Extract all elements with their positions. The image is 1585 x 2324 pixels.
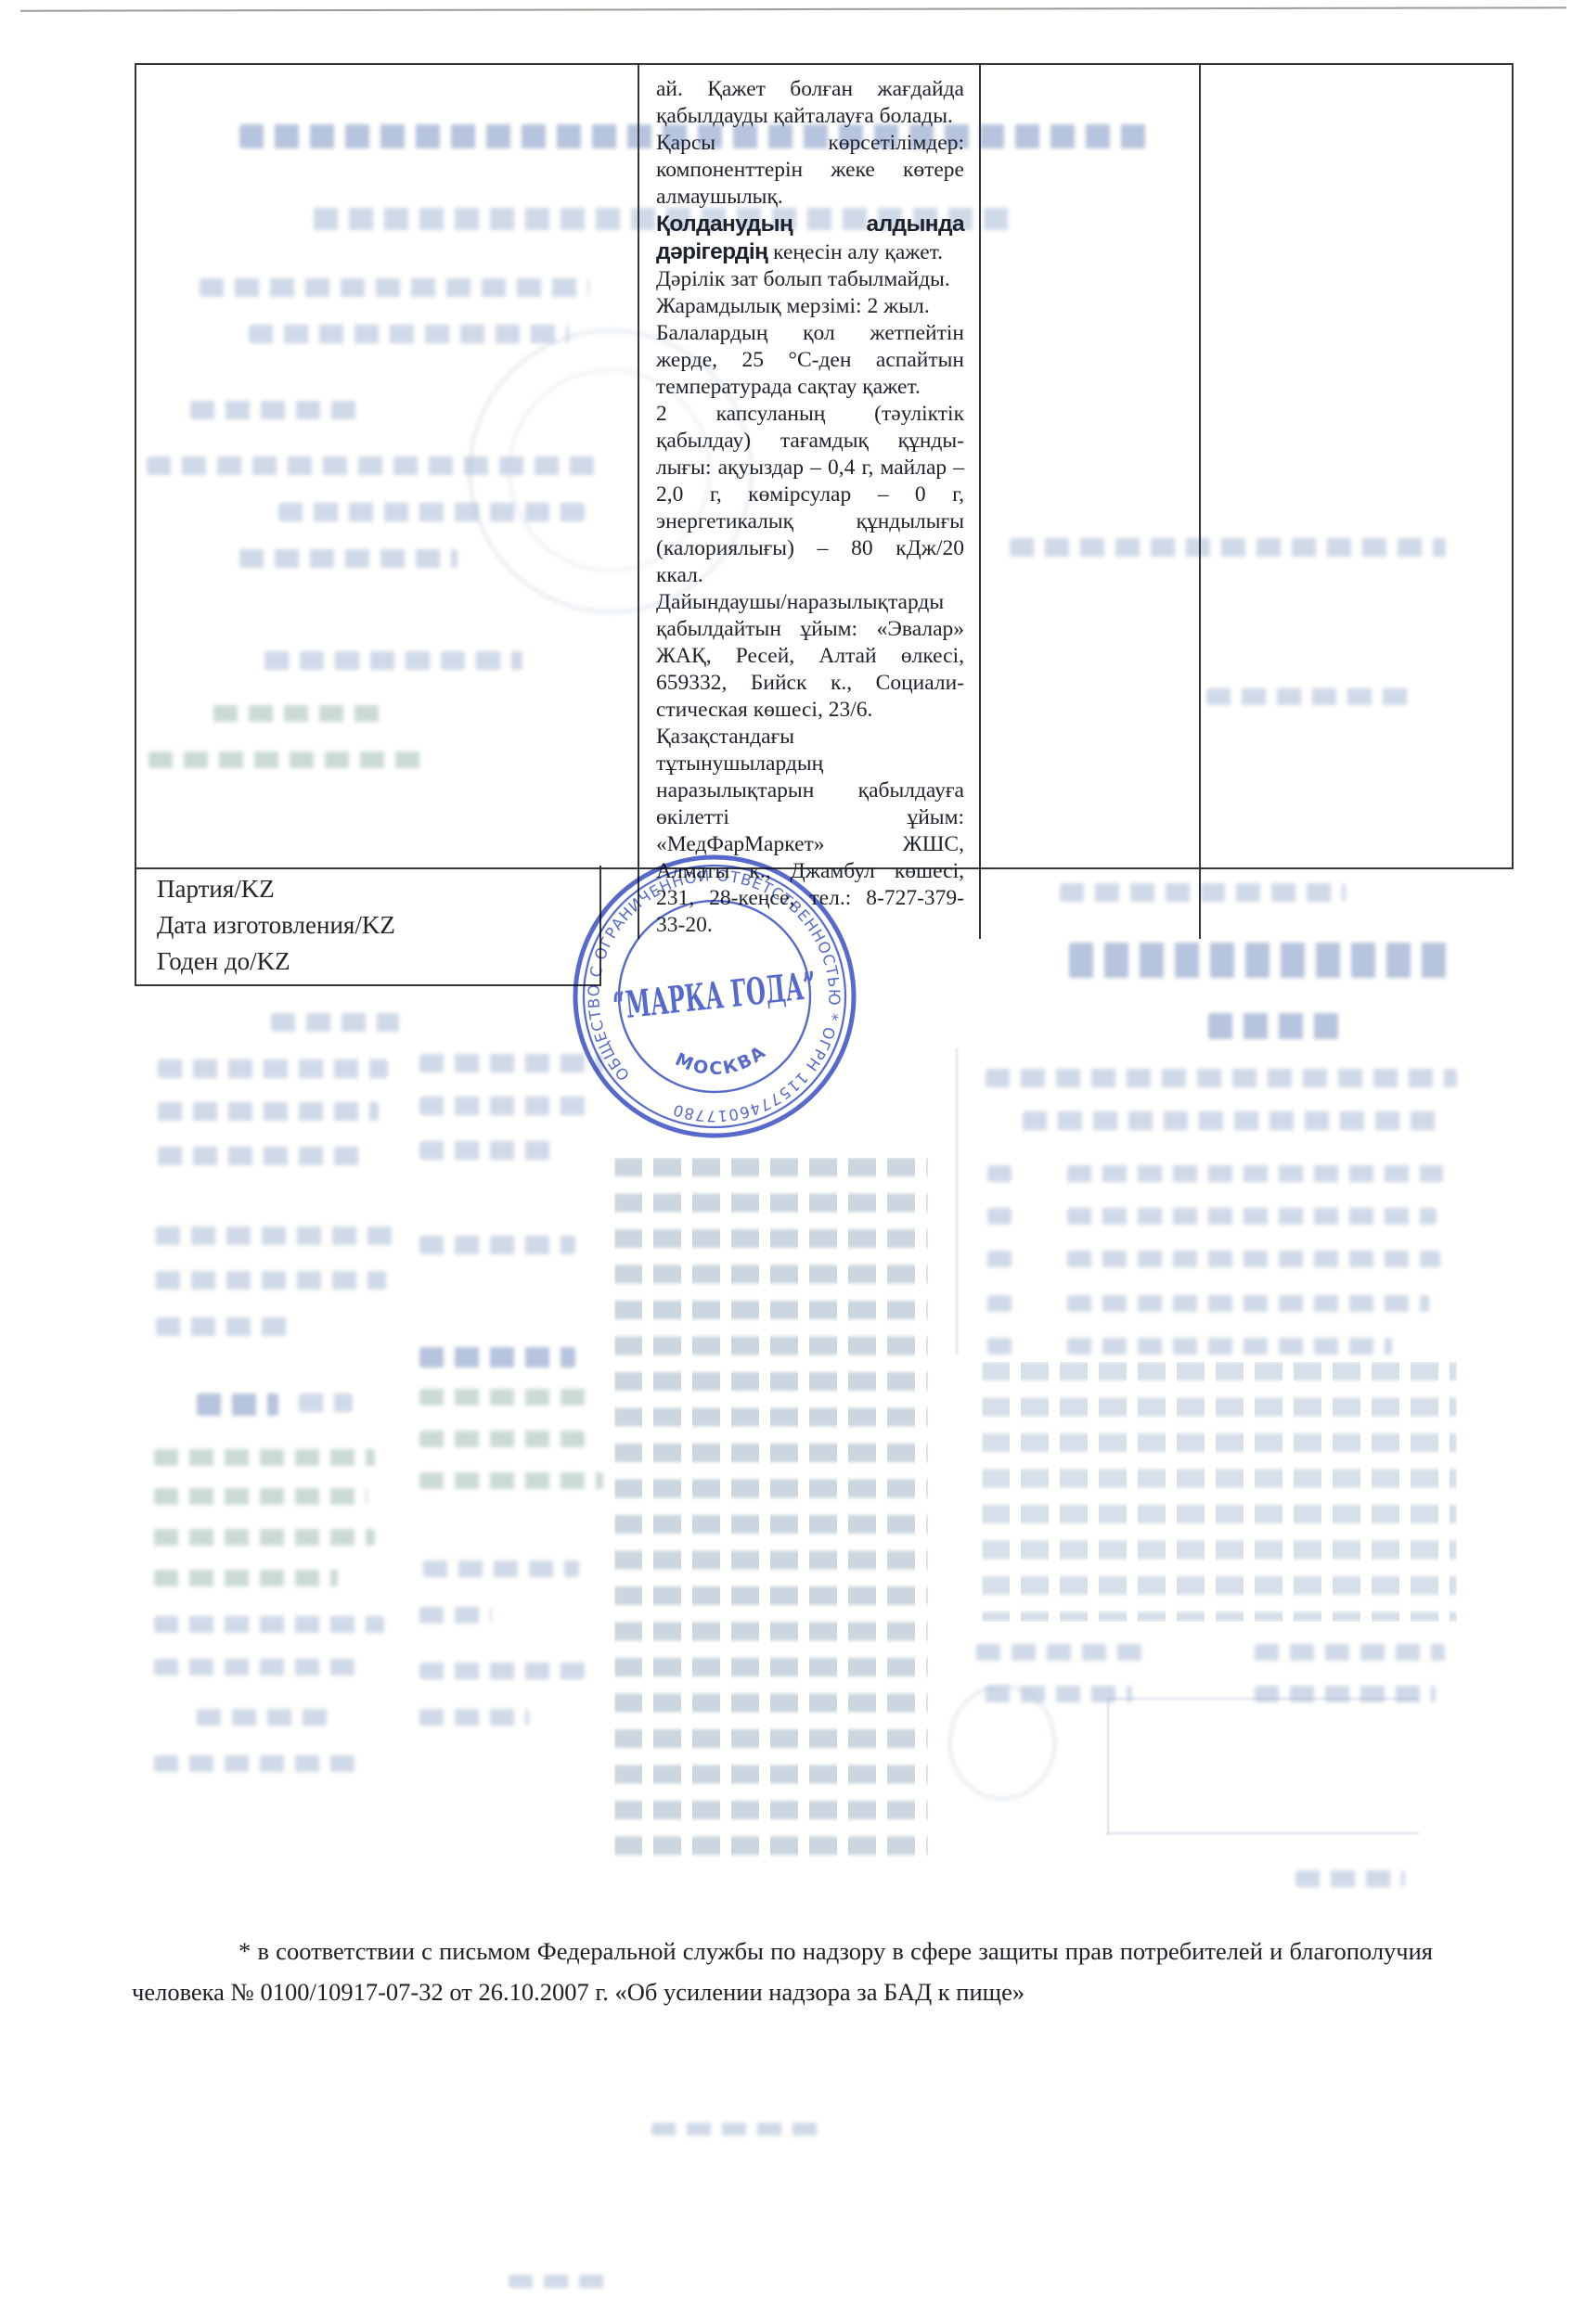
ghost-line [1023,1111,1445,1130]
kazakh-paragraph: Балалардың қол жетпейтін жерде, 25 °С-де… [656,320,964,401]
ghost-line [419,1663,585,1679]
ghost-stamp-circle [948,1685,1056,1800]
bold-lead-phrase: Қолданудың алдында дәрігердің [656,212,964,264]
ghost-rule [1107,1698,1419,1700]
ghost-line [419,1347,575,1367]
ghost-line [154,1659,366,1676]
batch-box: Партия/KZДата изготовления/KZГоден до/KZ [135,866,601,986]
ghost-paragraph-block [982,1362,1457,1622]
ghost-line [419,1389,594,1406]
ghost-line [423,1560,579,1577]
ghost-line [986,1069,1457,1087]
table-col-4-empty [1199,65,1512,939]
ghost-line [154,1616,384,1633]
batch-label: Годен до/KZ [157,947,599,975]
ghost-line [156,1226,395,1245]
ghost-line [1067,1295,1429,1312]
ghost-line [987,1295,1012,1312]
ghost-line [651,2123,826,2136]
ghost-line [419,1709,529,1726]
kazakh-paragraph: Дайындаушы/наразылықтарды қабылдайтын ұй… [656,589,964,724]
ghost-rule [1107,1700,1109,1835]
ghost-line [197,1393,278,1416]
ghost-line [987,1208,1012,1225]
ghost-line [156,1317,293,1336]
kazakh-paragraph: Дәрілік зат болып табылмайды. [656,266,964,293]
kazakh-paragraph: Қарсы көрсетілімдер: компоненттерін жеке… [656,130,964,211]
kazakh-paragraph: 2 капсуланың (тәуліктік қабылдау) тағамд… [656,401,964,589]
ghost-line [197,1709,334,1726]
ghost-rule [1107,1832,1419,1834]
ghost-line [987,1251,1012,1267]
ghost-line [987,1165,1012,1182]
ghost-line [154,1488,367,1505]
ghost-line [299,1393,353,1412]
ghost-line [976,1644,1143,1661]
stamp-graphic: ОБЩЕСТВО С ОГРАНИЧЕННОЙ ОТВЕТСТВЕННОСТЬЮ… [550,832,879,1161]
ghost-line [509,2275,609,2288]
company-round-stamp: ОБЩЕСТВО С ОГРАНИЧЕННОЙ ОТВЕТСТВЕННОСТЬЮ… [550,832,879,1161]
ghost-line [1067,1165,1443,1182]
ghost-line [1255,1644,1445,1661]
table-col-3-empty [979,65,1199,939]
kazakh-paragraph: Жарамдылық мерзімі: 2 жыл. [656,293,964,320]
scanned-document-page: ай. Қажет болған жағдайда қабылдауды қай… [0,0,1585,2324]
ghost-line [154,1529,375,1546]
ghost-line [1067,1338,1392,1355]
table-col-russian-empty [136,65,638,939]
ghost-line [158,1059,388,1078]
ghost-line [1208,1013,1346,1039]
kazakh-text-cell: ай. Қажет болған жағдайда қабылдауды қай… [638,65,979,939]
ghost-line [1255,1686,1436,1702]
kazakh-paragraph: ай. Қажет болған жағдайда қабылдауды қай… [656,76,964,130]
ghost-line [158,1102,379,1121]
batch-label: Дата изготовления/KZ [157,911,599,939]
ghost-line [271,1013,399,1032]
batch-label: Партия/KZ [157,875,599,903]
kazakh-paragraph: Қолданудың алдында дәрігердің кеңесін ал… [656,211,964,266]
ghost-line [1295,1870,1405,1887]
ghost-line [154,1570,338,1586]
ghost-line [419,1607,492,1624]
ghost-line [419,1431,585,1447]
stamp-center-text: “МАРКА ГОДА” [611,964,818,1029]
ghost-line [987,1338,1012,1355]
ghost-line [419,1141,557,1160]
ghost-line [1069,943,1454,978]
ghost-line [419,1097,594,1115]
ghost-paragraph-block [614,1158,928,1868]
ghost-rule [956,1048,958,1355]
ghost-line [156,1271,386,1290]
label-spec-table: ай. Қажет болған жағдайда қабылдауды қай… [135,63,1514,869]
ghost-line [419,1472,603,1489]
footnote: * в соответствии с письмом Федеральной с… [132,1932,1433,2012]
ghost-line [1067,1251,1440,1267]
ghost-line [158,1147,367,1165]
ghost-line [154,1449,375,1466]
ghost-line [1067,1208,1437,1225]
ghost-line [419,1236,575,1254]
ghost-line [154,1755,366,1772]
